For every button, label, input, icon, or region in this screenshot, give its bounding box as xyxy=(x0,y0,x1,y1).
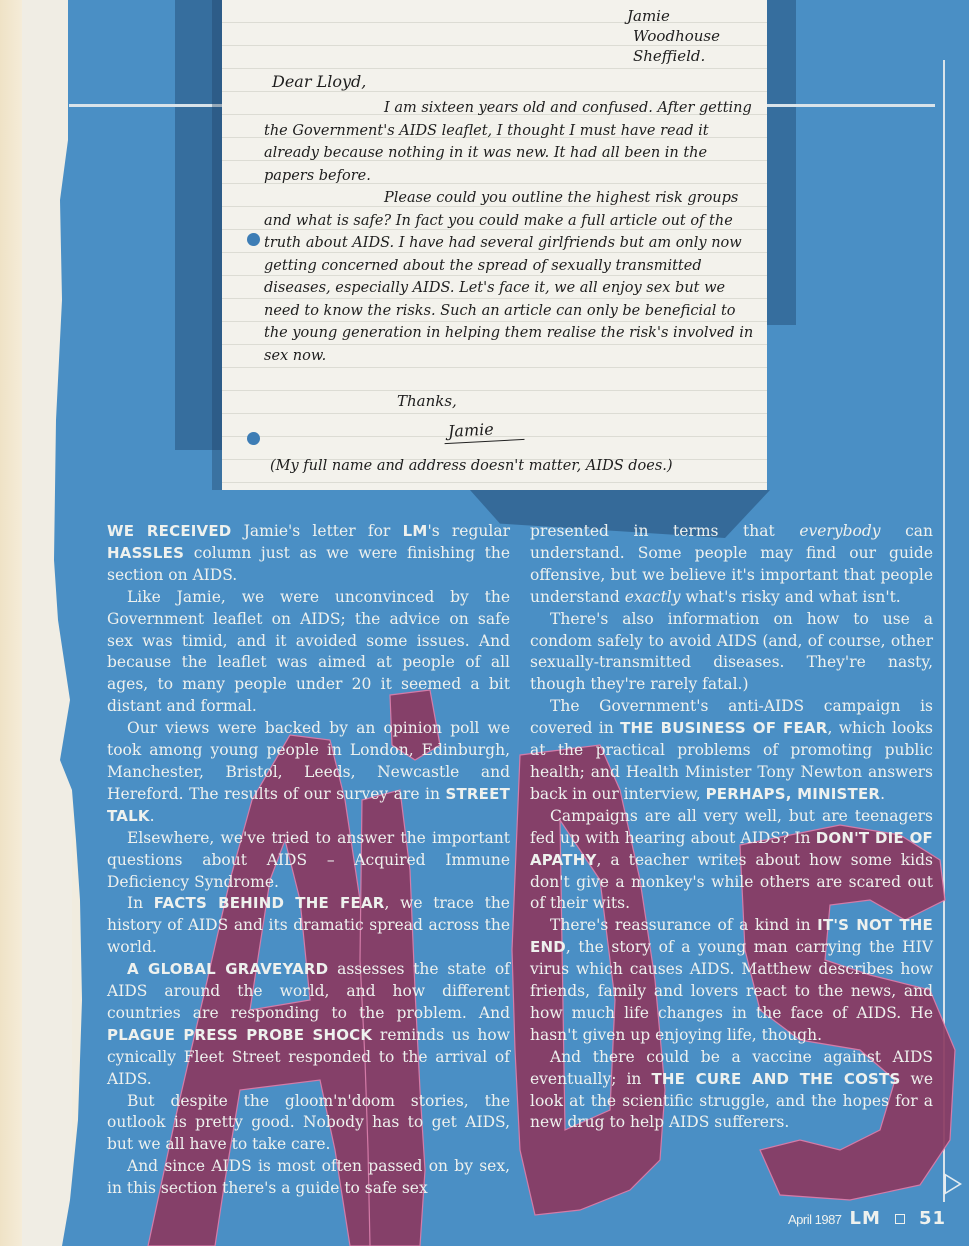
article-paragraph: Like Jamie, we were unconvinced by the G… xyxy=(107,587,510,718)
article-paragraph: Campaigns are all very well, but are tee… xyxy=(530,806,933,916)
article-paragraph: A GLOBAL GRAVEYARD assesses the state of… xyxy=(107,959,510,1090)
vertical-rule xyxy=(943,60,945,1202)
letter-paragraph: I am sixteen years old and confused. Aft… xyxy=(264,97,754,187)
letter-shadow-right xyxy=(766,0,796,325)
address-line: Jamie xyxy=(627,6,720,26)
article-paragraph: But despite the gloom'n'doom stories, th… xyxy=(107,1091,510,1157)
letter-paragraph: Please could you outline the highest ris… xyxy=(264,187,754,367)
address-line: Woodhouse xyxy=(633,26,720,46)
article-paragraph: Elsewhere, we've tried to answer the imp… xyxy=(107,828,510,894)
letter-salutation: Dear Lloyd, xyxy=(272,72,366,91)
section-reference: THE BUSINESS OF FEAR xyxy=(620,719,827,737)
text: what's risky and what isn't. xyxy=(681,588,901,606)
text: Jamie's letter for xyxy=(231,522,402,540)
section-reference: FACTS BEHIND THE FEAR xyxy=(154,894,385,912)
article-column-2: presented in terms that everybody can un… xyxy=(530,521,933,1200)
section-reference: THE CURE AND THE COSTS xyxy=(651,1070,900,1088)
magazine-name: LM xyxy=(403,522,428,540)
continue-arrow-icon xyxy=(944,1173,962,1195)
letter-body: I am sixteen years old and confused. Aft… xyxy=(264,97,754,367)
page-footer: April 1987 LM 51 xyxy=(788,1208,946,1229)
page-number: 51 xyxy=(919,1208,946,1229)
text: There's also information on how to use a… xyxy=(530,610,933,694)
handwritten-letter: Jamie Woodhouse Sheffield. Dear Lloyd, I… xyxy=(222,0,767,490)
column-name: HASSLES xyxy=(107,544,184,562)
article-paragraph: presented in terms that everybody can un… xyxy=(530,521,933,609)
letter-signature: Jamie xyxy=(443,418,524,444)
text: . xyxy=(880,785,885,803)
letter-signoff: Thanks, xyxy=(397,392,457,410)
text: presented in terms that xyxy=(530,522,799,540)
text: There's reassurance of a kind in xyxy=(550,916,817,934)
text: Like Jamie, we were unconvinced by the G… xyxy=(107,588,510,716)
article-paragraph: And there could be a vaccine against AID… xyxy=(530,1047,933,1135)
magazine-logo: LM xyxy=(850,1208,881,1229)
text: And since AIDS is most often passed on b… xyxy=(107,1157,510,1197)
article-paragraph: There's also information on how to use a… xyxy=(530,609,933,697)
section-reference: PERHAPS, MINISTER xyxy=(706,785,881,803)
emphasis: everybody xyxy=(799,522,880,540)
letter-address: Jamie Woodhouse Sheffield. xyxy=(627,6,720,66)
text: In xyxy=(127,894,154,912)
punch-hole-icon xyxy=(247,432,260,445)
punch-hole-icon xyxy=(247,233,260,246)
article-paragraph: In FACTS BEHIND THE FEAR, we trace the h… xyxy=(107,893,510,959)
article-paragraph: There's reassurance of a kind in IT'S NO… xyxy=(530,915,933,1046)
text: But despite the gloom'n'doom stories, th… xyxy=(107,1092,510,1154)
separator-square-icon xyxy=(895,1214,905,1224)
section-reference: PLAGUE PRESS PROBE SHOCK xyxy=(107,1026,372,1044)
text: , the story of a young man carrying the … xyxy=(530,938,933,1044)
article-paragraph: And since AIDS is most often passed on b… xyxy=(107,1156,510,1200)
issue-date: April 1987 xyxy=(788,1212,842,1227)
article-columns: WE RECEIVED Jamie's letter for LM's regu… xyxy=(107,521,933,1200)
emphasis: exactly xyxy=(625,588,681,606)
article-paragraph: Our views were backed by an opinion poll… xyxy=(107,718,510,828)
article-paragraph: WE RECEIVED Jamie's letter for LM's regu… xyxy=(107,521,510,587)
article-column-1: WE RECEIVED Jamie's letter for LM's regu… xyxy=(107,521,510,1200)
text: . xyxy=(150,807,155,825)
text: Elsewhere, we've tried to answer the imp… xyxy=(107,829,510,891)
bold-lead: WE RECEIVED xyxy=(107,522,231,540)
text: 's regular xyxy=(427,522,510,540)
section-reference: A GLOBAL GRAVEYARD xyxy=(127,960,328,978)
article-paragraph: The Government's anti-AIDS campaign is c… xyxy=(530,696,933,806)
address-line: Sheffield. xyxy=(633,46,720,66)
letter-postscript: (My full name and address doesn't matter… xyxy=(270,458,673,474)
